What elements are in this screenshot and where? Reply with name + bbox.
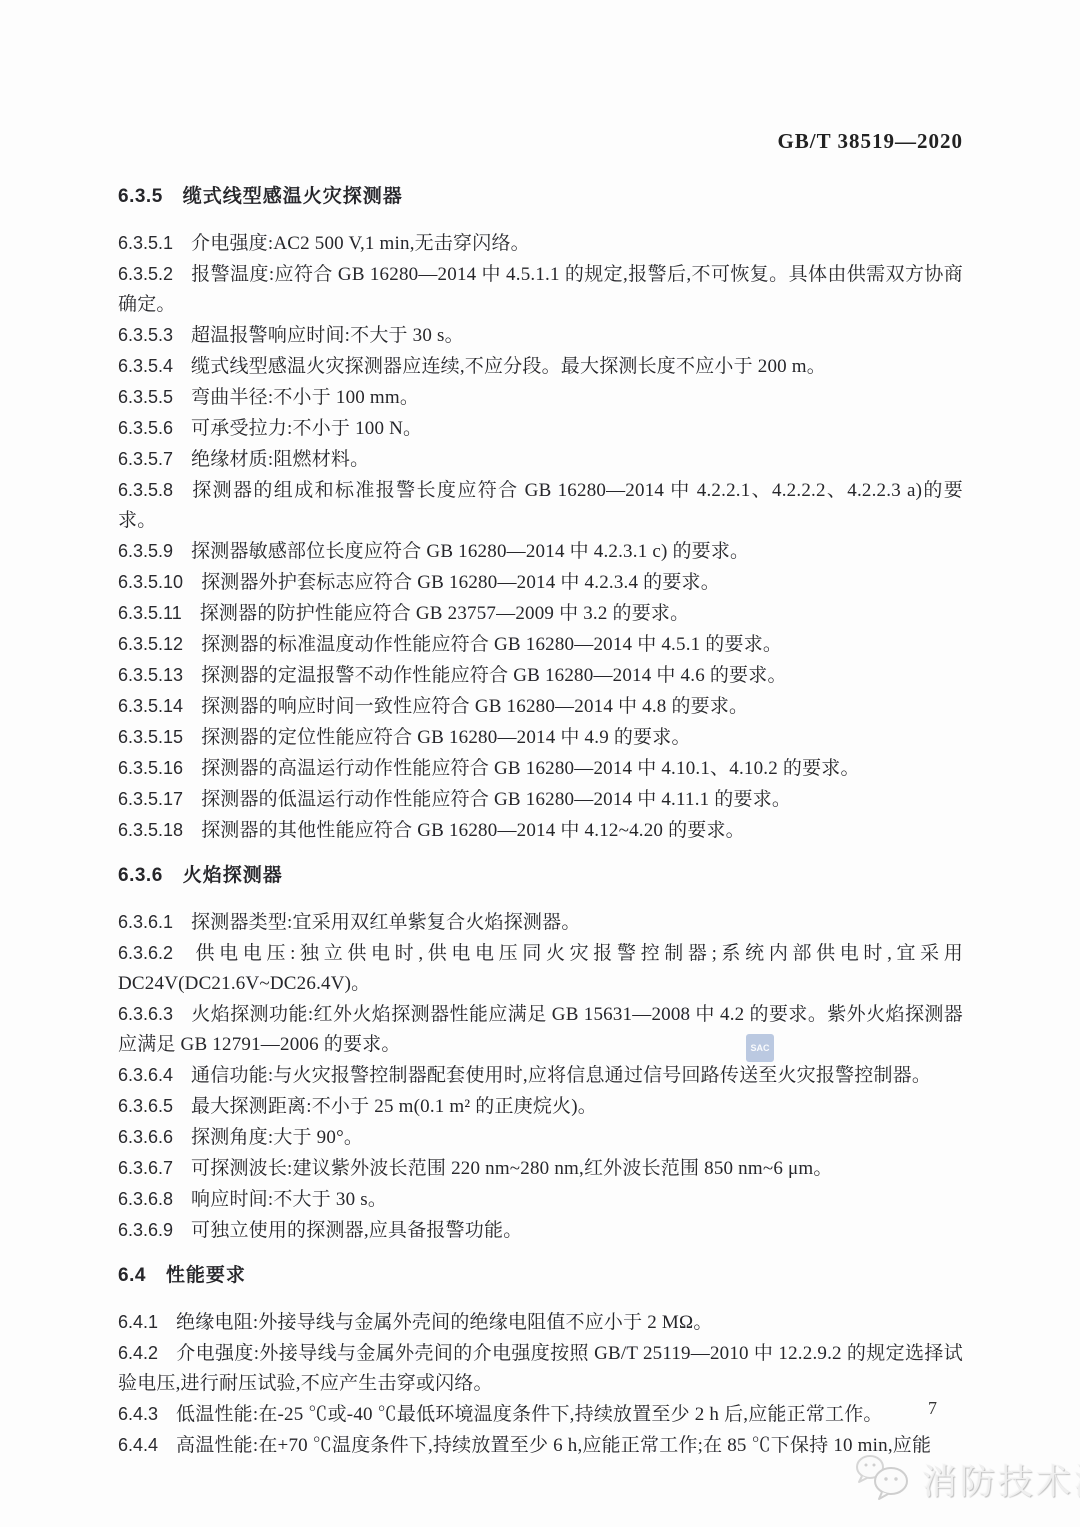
clause-number: 6.3.6.8 xyxy=(118,1189,173,1209)
clause: 6.3.6.2供电电压:独立供电时,供电电压同火灾报警控制器;系统内部供电时,宜… xyxy=(118,938,963,999)
clause-number: 6.4.4 xyxy=(118,1435,158,1455)
clause-number: 6.3.6.5 xyxy=(118,1096,173,1116)
clause: 6.3.5.12探测器的标准温度动作性能应符合 GB 16280—2014 中 … xyxy=(118,629,963,660)
clause-number: 6.3.6.4 xyxy=(118,1065,173,1085)
clause-text: 绝缘材质:阻燃材料。 xyxy=(191,449,369,470)
clause-number: 6.3.5.18 xyxy=(118,820,183,840)
clause-text: 通信功能:与火灾报警控制器配套使用时,应将信息通过信号回路传送至火灾报警控制器。 xyxy=(191,1065,931,1086)
clause-text: 火焰探测功能:红外火焰探测器性能应满足 GB 15631—2008 中 4.2 … xyxy=(118,1004,963,1055)
clause: 6.4.3低温性能:在-25 ℃或-40 ℃最低环境温度条件下,持续放置至少 2… xyxy=(118,1399,963,1430)
clause-number: 6.3.5.13 xyxy=(118,665,183,685)
clause: 6.3.5.18探测器的其他性能应符合 GB 16280—2014 中 4.12… xyxy=(118,815,963,846)
clause-number: 6.3.6.7 xyxy=(118,1158,173,1178)
brand-watermark: 消防技术流 xyxy=(854,1452,1080,1507)
clause-number: 6.3.6.3 xyxy=(118,1004,173,1024)
clause-text: 报警温度:应符合 GB 16280—2014 中 4.5.1.1 的规定,报警后… xyxy=(118,264,963,315)
clause-number: 6.3.6.6 xyxy=(118,1127,173,1147)
clause: 6.3.6.1探测器类型:宜采用双红单紫复合火焰探测器。 xyxy=(118,907,963,938)
section-number: 6.4 xyxy=(118,1265,146,1286)
clause-text: 最大探测距离:不小于 25 m(0.1 m² 的正庚烷火)。 xyxy=(191,1096,597,1117)
clause-number: 6.3.6.1 xyxy=(118,912,173,932)
clause: 6.3.5.4缆式线型感温火灾探测器应连续,不应分段。最大探测长度不应小于 20… xyxy=(118,351,963,382)
sac-watermark-label: SAC xyxy=(750,1043,769,1053)
section-number: 6.3.5 xyxy=(118,186,163,207)
clause: 6.3.5.11探测器的防护性能应符合 GB 23757—2009 中 3.2 … xyxy=(118,598,963,629)
clause: 6.4.4高温性能:在+70 ℃温度条件下,持续放置至少 6 h,应能正常工作;… xyxy=(118,1430,963,1461)
clause-number: 6.4.2 xyxy=(118,1343,158,1363)
clause-text: 供电电压:独立供电时,供电电压同火灾报警控制器;系统内部供电时,宜采用 DC24… xyxy=(118,943,963,994)
clause-number: 6.3.6.2 xyxy=(118,943,173,963)
clause: 6.3.6.5最大探测距离:不小于 25 m(0.1 m² 的正庚烷火)。 xyxy=(118,1091,963,1122)
clause-number: 6.3.5.6 xyxy=(118,418,173,438)
clause-text: 可承受拉力:不小于 100 N。 xyxy=(191,418,422,439)
clause-text: 低温性能:在-25 ℃或-40 ℃最低环境温度条件下,持续放置至少 2 h 后,… xyxy=(176,1404,883,1425)
clause-number: 6.3.5.3 xyxy=(118,325,173,345)
clause-number: 6.4.1 xyxy=(118,1312,158,1332)
clause-text: 探测器敏感部位长度应符合 GB 16280—2014 中 4.2.3.1 c) … xyxy=(191,541,749,562)
clause-text: 探测器类型:宜采用双红单紫复合火焰探测器。 xyxy=(191,912,580,933)
sac-watermark: SAC xyxy=(746,1034,774,1062)
clause: 6.3.5.8探测器的组成和标准报警长度应符合 GB 16280—2014 中 … xyxy=(118,475,963,536)
clause-text: 探测器的响应时间一致性应符合 GB 16280—2014 中 4.8 的要求。 xyxy=(201,696,748,717)
clause: 6.3.5.9探测器敏感部位长度应符合 GB 16280—2014 中 4.2.… xyxy=(118,536,963,567)
clause-number: 6.3.6.9 xyxy=(118,1220,173,1240)
clause: 6.3.5.15探测器的定位性能应符合 GB 16280—2014 中 4.9 … xyxy=(118,722,963,753)
clause: 6.3.5.1介电强度:AC2 500 V,1 min,无击穿闪络。 xyxy=(118,228,963,259)
clause-number: 6.3.5.16 xyxy=(118,758,183,778)
clause-number: 6.3.5.1 xyxy=(118,233,173,253)
clause-number: 6.3.5.9 xyxy=(118,541,173,561)
clause-number: 6.3.5.8 xyxy=(118,480,173,500)
clause: 6.4.2介电强度:外接导线与金属外壳间的介电强度按照 GB/T 25119—2… xyxy=(118,1338,963,1399)
clause-text: 可独立使用的探测器,应具备报警功能。 xyxy=(191,1220,522,1241)
clause-number: 6.3.5.15 xyxy=(118,727,183,747)
clause-text: 探测角度:大于 90°。 xyxy=(191,1127,363,1148)
clause: 6.3.5.3超温报警响应时间:不大于 30 s。 xyxy=(118,320,963,351)
section-title: 性能要求 xyxy=(166,1265,246,1286)
section-heading: 6.3.6火焰探测器 xyxy=(118,861,963,891)
standard-number-header: GB/T 38519—2020 xyxy=(777,129,963,154)
clause-text: 探测器的标准温度动作性能应符合 GB 16280—2014 中 4.5.1 的要… xyxy=(201,634,782,655)
clause-text: 探测器的定位性能应符合 GB 16280—2014 中 4.9 的要求。 xyxy=(201,727,691,748)
clause-number: 6.3.5.10 xyxy=(118,572,183,592)
document-page: GB/T 38519—2020 6.3.5缆式线型感温火灾探测器6.3.5.1介… xyxy=(0,0,1080,1527)
clause: 6.3.5.2报警温度:应符合 GB 16280—2014 中 4.5.1.1 … xyxy=(118,259,963,320)
clause-number: 6.3.5.7 xyxy=(118,449,173,469)
brand-watermark-text: 消防技术流 xyxy=(922,1455,1080,1505)
clause-number: 6.3.5.4 xyxy=(118,356,173,376)
clause-number: 6.3.5.17 xyxy=(118,789,183,809)
clause-number: 6.3.5.5 xyxy=(118,387,173,407)
clause: 6.3.6.7可探测波长:建议紫外波长范围 220 nm~280 nm,红外波长… xyxy=(118,1153,963,1184)
clause-number: 6.3.5.2 xyxy=(118,264,173,284)
clause-number: 6.3.5.11 xyxy=(118,603,182,623)
document-body: 6.3.5缆式线型感温火灾探测器6.3.5.1介电强度:AC2 500 V,1 … xyxy=(118,167,963,1461)
clause-number: 6.3.5.12 xyxy=(118,634,183,654)
section-title: 缆式线型感温火灾探测器 xyxy=(183,186,403,207)
clause-text: 可探测波长:建议紫外波长范围 220 nm~280 nm,红外波长范围 850 … xyxy=(191,1158,833,1179)
clause: 6.3.5.6可承受拉力:不小于 100 N。 xyxy=(118,413,963,444)
clause-text: 探测器的定温报警不动作性能应符合 GB 16280—2014 中 4.6 的要求… xyxy=(201,665,787,686)
page-number: 7 xyxy=(928,1398,937,1419)
clause-text: 超温报警响应时间:不大于 30 s。 xyxy=(191,325,464,346)
clause: 6.4.1绝缘电阻:外接导线与金属外壳间的绝缘电阻值不应小于 2 MΩ。 xyxy=(118,1307,963,1338)
section-heading: 6.4性能要求 xyxy=(118,1261,963,1291)
clause-text: 探测器的高温运行动作性能应符合 GB 16280—2014 中 4.10.1、4… xyxy=(201,758,860,779)
clause-text: 探测器的防护性能应符合 GB 23757—2009 中 3.2 的要求。 xyxy=(200,603,690,624)
clause: 6.3.5.16探测器的高温运行动作性能应符合 GB 16280—2014 中 … xyxy=(118,753,963,784)
clause-number: 6.4.3 xyxy=(118,1404,158,1424)
clause-text: 弯曲半径:不小于 100 mm。 xyxy=(191,387,419,408)
wechat-icon xyxy=(854,1452,912,1507)
clause: 6.3.6.6探测角度:大于 90°。 xyxy=(118,1122,963,1153)
clause-text: 探测器外护套标志应符合 GB 16280—2014 中 4.2.3.4 的要求。 xyxy=(201,572,720,593)
clause: 6.3.5.14探测器的响应时间一致性应符合 GB 16280—2014 中 4… xyxy=(118,691,963,722)
clause: 6.3.6.9可独立使用的探测器,应具备报警功能。 xyxy=(118,1215,963,1246)
clause-text: 缆式线型感温火灾探测器应连续,不应分段。最大探测长度不应小于 200 m。 xyxy=(191,356,826,377)
clause-text: 介电强度:AC2 500 V,1 min,无击穿闪络。 xyxy=(191,233,530,254)
clause: 6.3.6.4通信功能:与火灾报警控制器配套使用时,应将信息通过信号回路传送至火… xyxy=(118,1060,963,1091)
clause: 6.3.5.13探测器的定温报警不动作性能应符合 GB 16280—2014 中… xyxy=(118,660,963,691)
clause-number: 6.3.5.14 xyxy=(118,696,183,716)
clause: 6.3.6.8响应时间:不大于 30 s。 xyxy=(118,1184,963,1215)
clause: 6.3.5.7绝缘材质:阻燃材料。 xyxy=(118,444,963,475)
clause: 6.3.5.17探测器的低温运行动作性能应符合 GB 16280—2014 中 … xyxy=(118,784,963,815)
clause-text: 探测器的低温运行动作性能应符合 GB 16280—2014 中 4.11.1 的… xyxy=(201,789,791,810)
clause: 6.3.6.3火焰探测功能:红外火焰探测器性能应满足 GB 15631—2008… xyxy=(118,999,963,1060)
clause-text: 探测器的组成和标准报警长度应符合 GB 16280—2014 中 4.2.2.1… xyxy=(118,480,963,531)
clause-text: 介电强度:外接导线与金属外壳间的介电强度按照 GB/T 25119—2010 中… xyxy=(118,1343,963,1394)
clause: 6.3.5.10探测器外护套标志应符合 GB 16280—2014 中 4.2.… xyxy=(118,567,963,598)
section-heading: 6.3.5缆式线型感温火灾探测器 xyxy=(118,182,963,212)
section-number: 6.3.6 xyxy=(118,865,163,886)
clause-text: 绝缘电阻:外接导线与金属外壳间的绝缘电阻值不应小于 2 MΩ。 xyxy=(176,1312,713,1333)
clause: 6.3.5.5弯曲半径:不小于 100 mm。 xyxy=(118,382,963,413)
section-title: 火焰探测器 xyxy=(183,865,283,886)
clause-text: 探测器的其他性能应符合 GB 16280—2014 中 4.12~4.20 的要… xyxy=(201,820,745,841)
clause-text: 高温性能:在+70 ℃温度条件下,持续放置至少 6 h,应能正常工作;在 85 … xyxy=(176,1435,931,1456)
clause-text: 响应时间:不大于 30 s。 xyxy=(191,1189,387,1210)
